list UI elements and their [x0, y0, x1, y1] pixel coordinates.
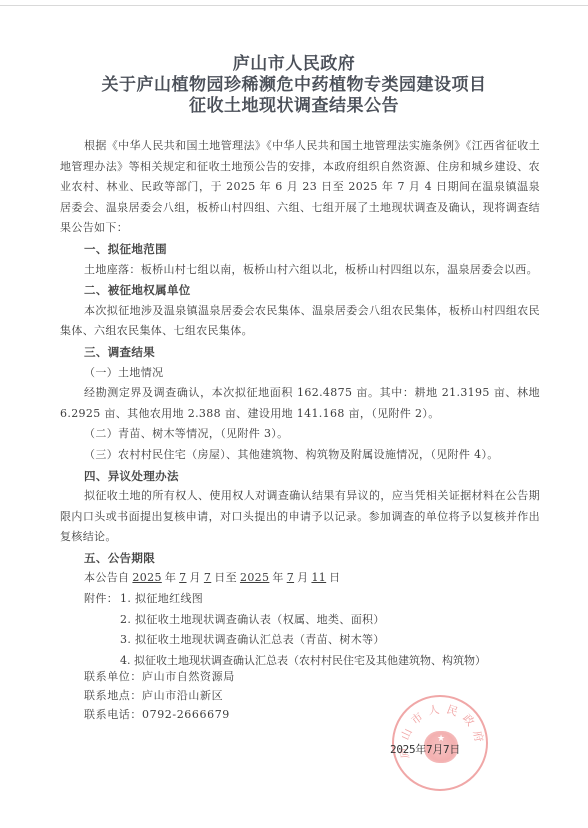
- land-location-paragraph: 土地座落：板桥山村七组以南，板桥山村六组以北，板桥山村四组以东，温泉居委会以西。: [60, 260, 540, 281]
- issuer-title: 庐山市人民政府: [0, 54, 588, 74]
- period-to: 至: [226, 571, 237, 584]
- objection-paragraph: 拟征收土地的所有权人、使用权人对调查确认结果有异议的，应当凭相关证据材料在公告期…: [60, 486, 540, 548]
- period-start-year: 2025: [129, 571, 164, 584]
- results-sub-crops: （二）青苗、树木等情况，（见附件 3）。: [60, 424, 540, 445]
- contact-address-value: 庐山市沿山新区: [142, 689, 223, 702]
- notice-period: 本公告自2025年7月7日至2025年7月11日: [60, 568, 540, 589]
- unit-day: 日: [214, 571, 225, 584]
- attachment-item: 3. 拟征收土地现状调查确认汇总表（青苗、树木等）: [60, 630, 540, 651]
- page-top-border: [0, 5, 588, 6]
- section-heading-ownership: 二、被征地权属单位: [60, 280, 540, 301]
- period-end-day: 11: [308, 571, 329, 584]
- attachments-label: 附件：: [60, 589, 120, 610]
- contact-phone: 联系电话：0792-2666679: [84, 705, 235, 724]
- intro-paragraph: 根据《中华人民共和国土地管理法》《中华人民共和国土地管理法实施条例》《江西省征收…: [60, 136, 540, 239]
- contact-phone-value: 0792-2666679: [142, 708, 230, 721]
- period-end-year: 2025: [237, 571, 272, 584]
- contact-address-label: 联系地点：: [84, 689, 142, 702]
- attachment-item: 2. 拟征收土地现状调查确认表（权属、地类、面积）: [60, 610, 540, 631]
- results-sub-buildings: （三）农村村民住宅（房屋）、其他建筑物、构筑物及附属设施情况，（见附件 4）。: [60, 445, 540, 466]
- section-heading-period: 五、公告期限: [60, 548, 540, 569]
- unit-day: 日: [329, 571, 340, 584]
- attachment-1: 1. 拟征地红线图: [120, 589, 203, 610]
- attachments-list: 附件： 1. 拟征地红线图 2. 拟征收土地现状调查确认表（权属、地类、面积） …: [60, 589, 540, 671]
- attachment-3: 3. 拟征收土地现状调查确认汇总表（青苗、树木等）: [120, 630, 385, 651]
- ownership-paragraph: 本次拟征地涉及温泉镇温泉居委会农民集体、温泉居委会八组农民集体，板桥山村四组农民…: [60, 301, 540, 342]
- land-area-paragraph: 经勘测定界及调查确认，本次拟征地面积 162.4875 亩。其中：耕地 21.3…: [60, 383, 540, 424]
- contact-address: 联系地点：庐山市沿山新区: [84, 686, 235, 705]
- section-heading-objection: 四、异议处理办法: [60, 466, 540, 487]
- document-body: 根据《中华人民共和国土地管理法》《中华人民共和国土地管理法实施条例》《江西省征收…: [60, 136, 540, 671]
- section-heading-scope: 一、拟征地范围: [60, 239, 540, 260]
- unit-month: 月: [297, 571, 308, 584]
- period-start-day: 7: [201, 571, 214, 584]
- contact-block: 联系单位：庐山市自然资源局 联系地点：庐山市沿山新区 联系电话：0792-266…: [84, 667, 235, 724]
- document-title-line-3: 征收土地现状调查结果公告: [0, 96, 588, 116]
- contact-unit-label: 联系单位：: [84, 670, 142, 683]
- attachment-2: 2. 拟征收土地现状调查确认表（权属、地类、面积）: [120, 610, 385, 631]
- period-prefix: 本公告自: [84, 571, 129, 584]
- signature-date: 2025年7月7日: [390, 741, 460, 757]
- contact-phone-label: 联系电话：: [84, 708, 142, 721]
- results-sub-land: （一）土地情况: [60, 363, 540, 384]
- period-end-month: 7: [284, 571, 297, 584]
- unit-month: 月: [190, 571, 201, 584]
- section-heading-results: 三、调查结果: [60, 342, 540, 363]
- attachment-item: 附件： 1. 拟征地红线图: [60, 589, 540, 610]
- unit-year: 年: [165, 571, 176, 584]
- document-title-line-2: 关于庐山植物园珍稀濒危中药植物专类园建设项目: [0, 75, 588, 95]
- contact-unit: 联系单位：庐山市自然资源局: [84, 667, 235, 686]
- contact-unit-value: 庐山市自然资源局: [142, 670, 235, 683]
- period-start-month: 7: [176, 571, 189, 584]
- unit-year: 年: [272, 571, 283, 584]
